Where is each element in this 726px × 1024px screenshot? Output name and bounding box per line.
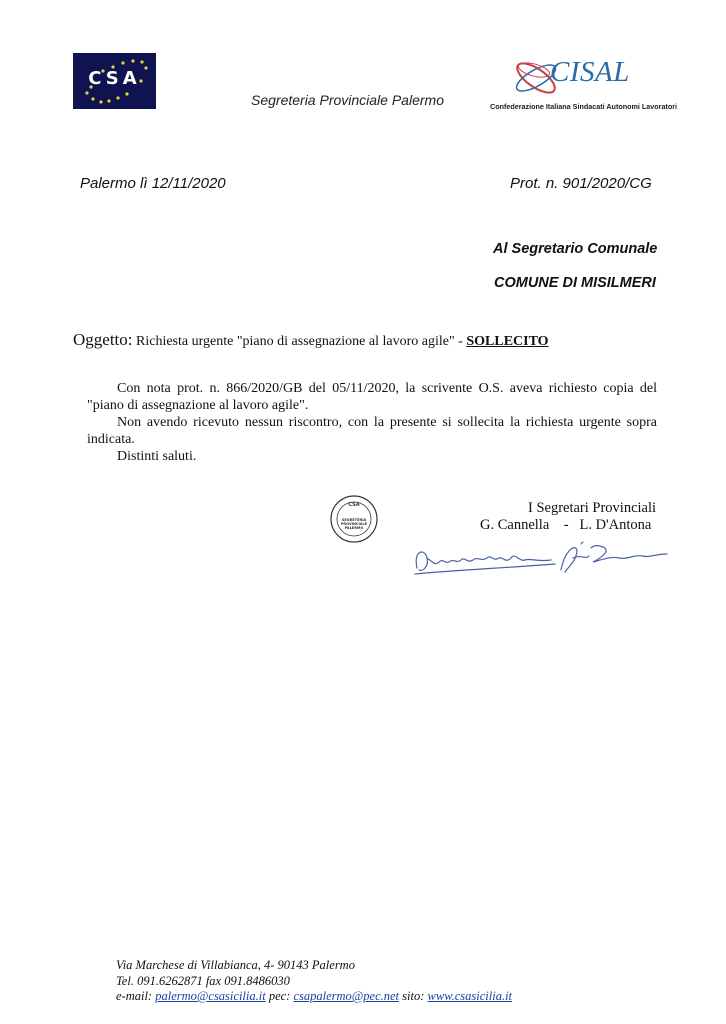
subject-emphasis: SOLLECITO (466, 334, 548, 349)
cisal-logo: CISAL (508, 48, 668, 103)
recipient-title: Al Segretario Comunale (493, 241, 657, 257)
subject-text: Richiesta urgente "piano di assegnazione… (133, 334, 467, 349)
header-subtitle: Segreteria Provinciale Palermo (251, 92, 444, 108)
cisal-logo-text: CISAL (550, 56, 630, 89)
site-label: sito: (399, 989, 427, 1003)
website-link[interactable]: www.csasicilia.it (428, 989, 513, 1003)
footer-address: Via Marchese di Villabianca, 4- 90143 Pa… (116, 958, 512, 974)
official-stamp: CSA SEGRETERIA PROVINCIALE PALERMO (329, 494, 379, 544)
subject-line: Oggetto: Richiesta urgente "piano di ass… (73, 330, 549, 350)
pec-link[interactable]: csapalermo@pec.net (293, 989, 399, 1003)
signatory-title: I Segretari Provinciali (528, 500, 656, 517)
subject-label: Oggetto: (73, 330, 133, 349)
cisal-subtitle: Confederazione Italiana Sindacati Autono… (490, 102, 677, 111)
footer-phone: Tel. 091.6262871 fax 091.8486030 (116, 974, 512, 990)
handwritten-signature-icon (405, 540, 680, 580)
protocol-number: Prot. n. 901/2020/CG (510, 175, 652, 192)
email-link[interactable]: palermo@csasicilia.it (155, 989, 265, 1003)
body-paragraph: Non avendo ricevuto nessun riscontro, co… (87, 414, 657, 448)
email-label: e-mail: (116, 989, 155, 1003)
svg-text:PALERMO: PALERMO (345, 526, 364, 530)
body-paragraph: Con nota prot. n. 866/2020/GB del 05/11/… (87, 380, 657, 414)
footer-contact: Via Marchese di Villabianca, 4- 90143 Pa… (116, 958, 512, 1005)
recipient-entity: COMUNE DI MISILMERI (494, 275, 656, 291)
footer-links-line: e-mail: palermo@csasicilia.it pec: csapa… (116, 989, 512, 1005)
svg-text:CSA: CSA (348, 502, 359, 508)
body-paragraph: Distinti saluti. (87, 448, 657, 465)
place-date: Palermo lì 12/11/2020 (80, 175, 226, 192)
pec-label: pec: (266, 989, 294, 1003)
csa-logo-text: CSA (73, 68, 156, 89)
letter-body: Con nota prot. n. 866/2020/GB del 05/11/… (87, 380, 657, 465)
signatory-names: G. Cannella - L. D'Antona (480, 517, 651, 534)
csa-logo: CSA (73, 53, 156, 109)
